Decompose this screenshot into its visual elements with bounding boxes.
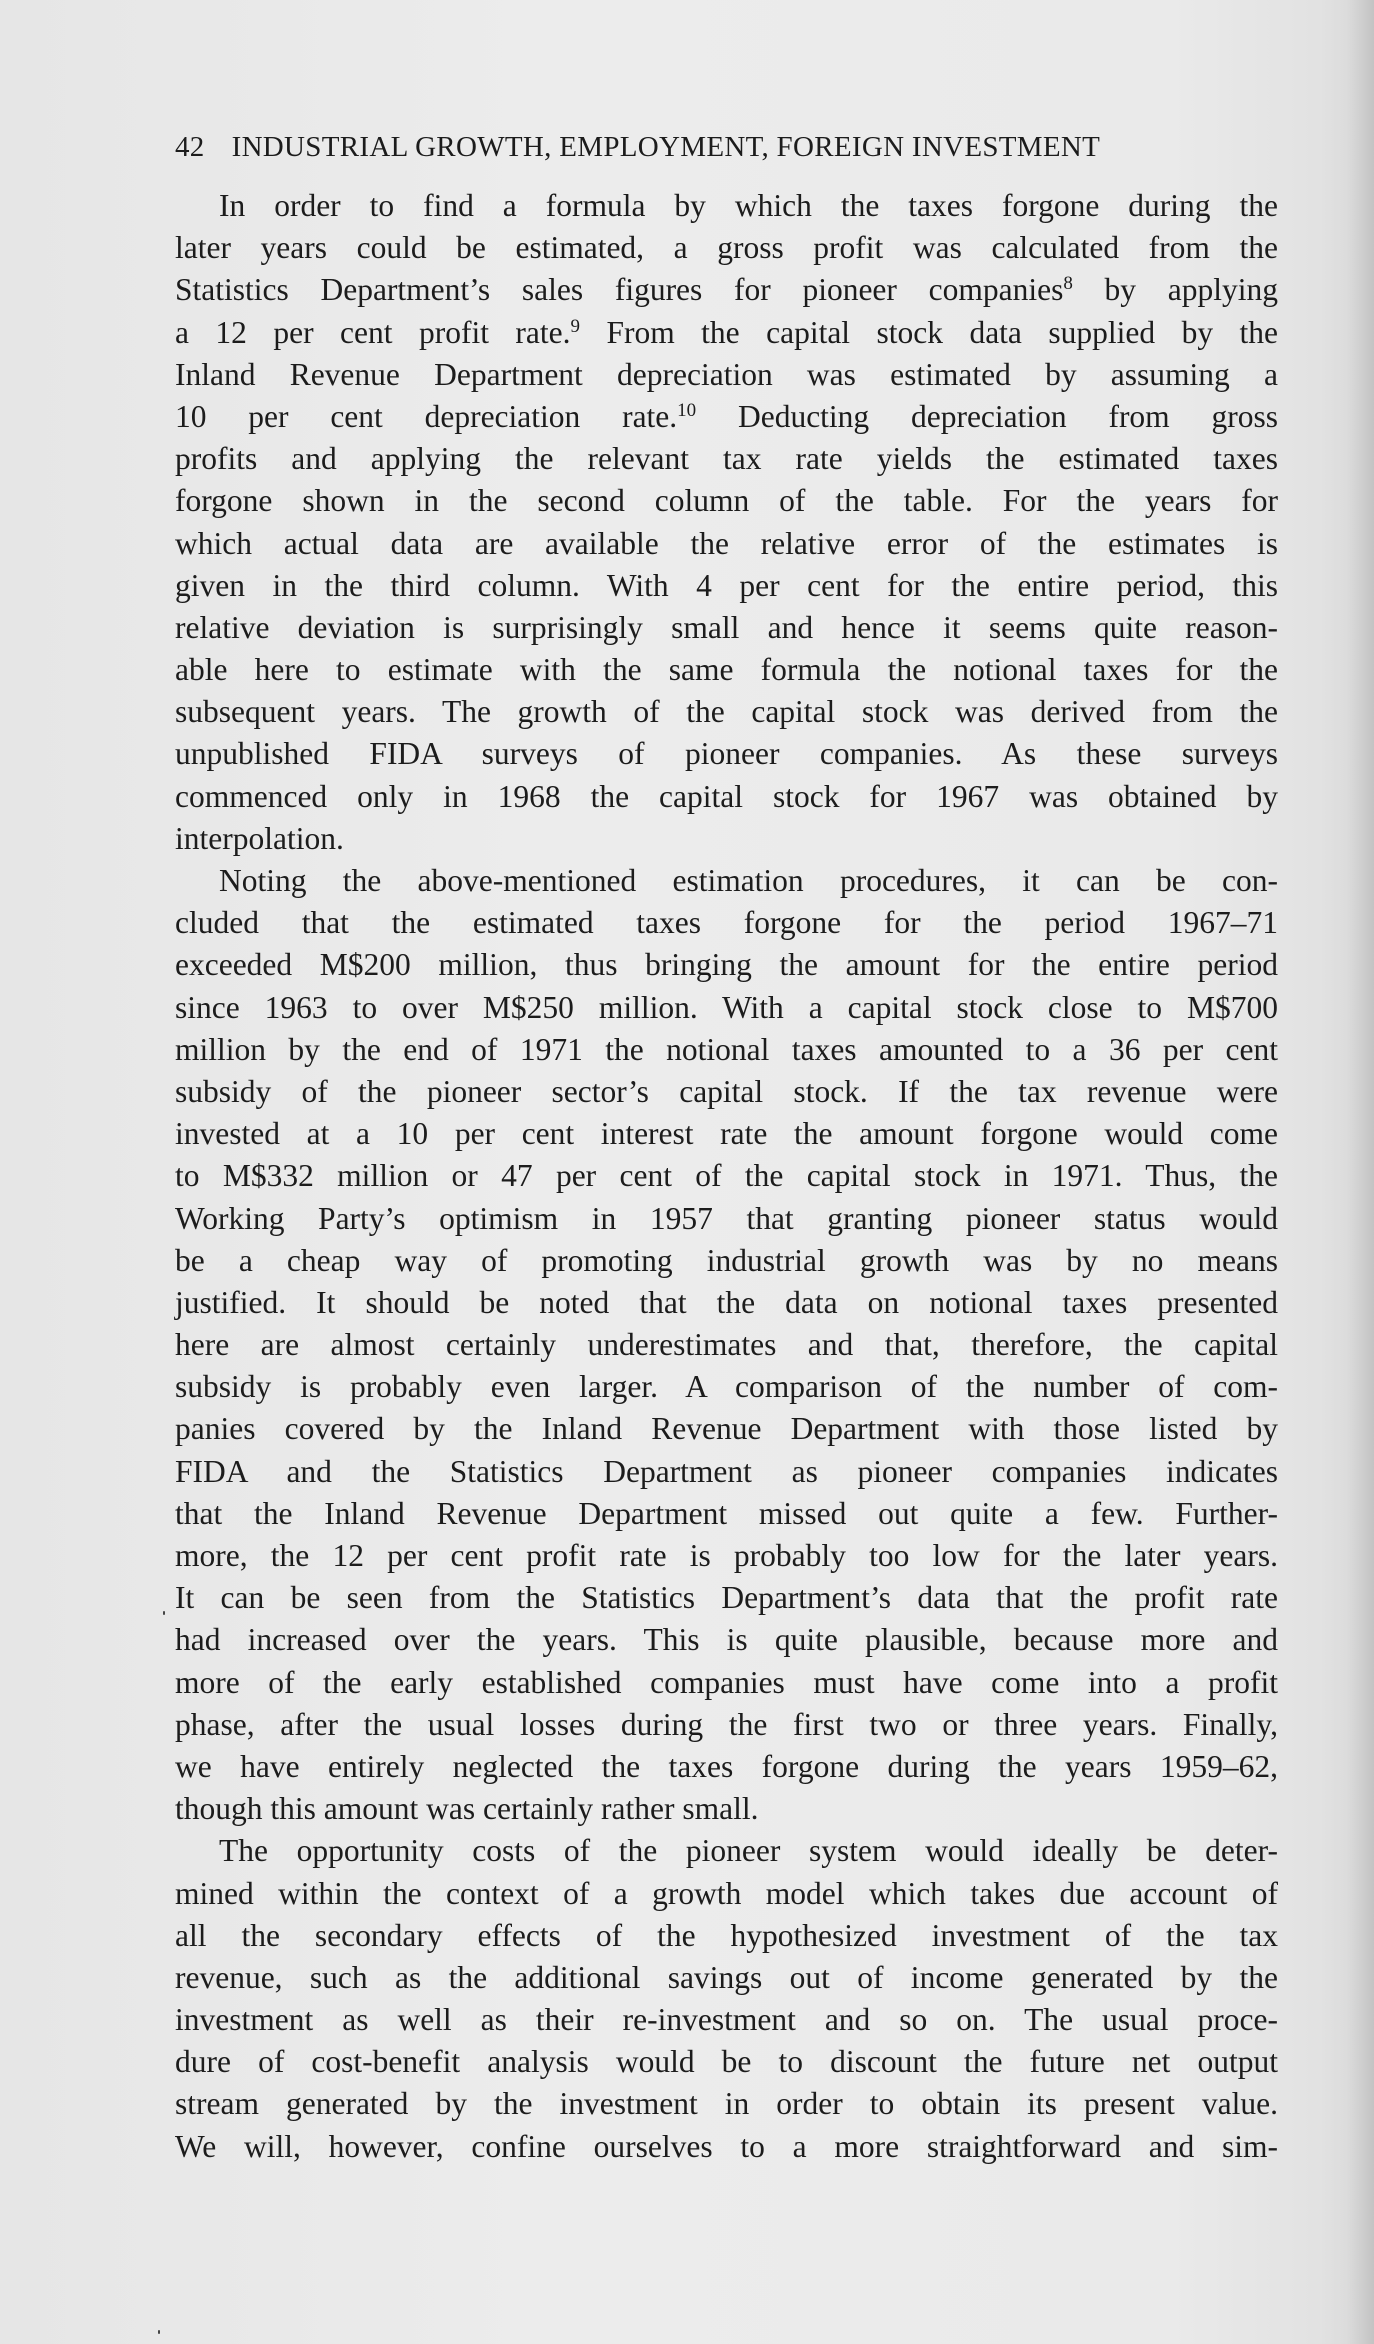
text-line: revenue, such as the additional savings … bbox=[175, 1957, 1278, 1999]
page-number: 42 bbox=[175, 131, 205, 164]
text-line: panies covered by the Inland Revenue Dep… bbox=[175, 1408, 1278, 1450]
text-line: we have entirely neglected the taxes for… bbox=[175, 1746, 1278, 1788]
text-line: In order to find a formula by which the … bbox=[175, 185, 1278, 227]
text-line: mined within the context of a growth mod… bbox=[175, 1873, 1278, 1915]
text-line: stream generated by the investment in or… bbox=[175, 2083, 1278, 2125]
text-line: more, the 12 per cent profit rate is pro… bbox=[175, 1535, 1278, 1577]
text-line: though this amount was certainly rather … bbox=[175, 1788, 1278, 1830]
text-line: unpublished FIDA surveys of pioneer comp… bbox=[175, 733, 1278, 775]
footnote-marker: 8 bbox=[1063, 273, 1073, 294]
running-head-title: INDUSTRIAL GROWTH, EMPLOYMENT, FOREIGN I… bbox=[232, 131, 1101, 164]
text-line: exceeded M$200 million, thus bringing th… bbox=[175, 944, 1278, 986]
text-line: that the Inland Revenue Department misse… bbox=[175, 1493, 1278, 1535]
text-line: since 1963 to over M$250 million. With a… bbox=[175, 987, 1278, 1029]
text-line: here are almost certainly underestimates… bbox=[175, 1324, 1278, 1366]
text-line: It can be seen from the Statistics Depar… bbox=[175, 1577, 1278, 1619]
text-line: Working Party’s optimism in 1957 that gr… bbox=[175, 1198, 1278, 1240]
text-line: Noting the above-mentioned estimation pr… bbox=[175, 860, 1278, 902]
text-line: justified. It should be noted that the d… bbox=[175, 1282, 1278, 1324]
text-line: subsidy is probably even larger. A compa… bbox=[175, 1366, 1278, 1408]
text-line: FIDA and the Statistics Department as pi… bbox=[175, 1451, 1278, 1493]
text-line: had increased over the years. This is qu… bbox=[175, 1619, 1278, 1661]
text-line: investment as well as their re-investmen… bbox=[175, 1999, 1278, 2041]
running-head: 42 INDUSTRIAL GROWTH, EMPLOYMENT, FOREIG… bbox=[175, 131, 1278, 173]
text-line: later years could be estimated, a gross … bbox=[175, 227, 1278, 269]
text-line: be a cheap way of promoting industrial g… bbox=[175, 1240, 1278, 1282]
body-text: In order to find a formula by which the … bbox=[175, 185, 1278, 2168]
paragraph: In order to find a formula by which the … bbox=[175, 185, 1278, 860]
text-line: a 12 per cent profit rate.9 From the cap… bbox=[175, 312, 1278, 354]
text-line: cluded that the estimated taxes forgone … bbox=[175, 902, 1278, 944]
text-line: The opportunity costs of the pioneer sys… bbox=[175, 1830, 1278, 1872]
footnote-marker: 9 bbox=[571, 316, 581, 337]
page-edge-shadow bbox=[1346, 0, 1374, 2344]
text-line: interpolation. bbox=[175, 818, 1278, 860]
text-line: Statistics Department’s sales figures fo… bbox=[175, 269, 1278, 311]
text-line: able here to estimate with the same form… bbox=[175, 649, 1278, 691]
text-line: forgone shown in the second column of th… bbox=[175, 480, 1278, 522]
text-line: dure of cost-benefit analysis would be t… bbox=[175, 2041, 1278, 2083]
scan-speck bbox=[163, 1611, 165, 1615]
text-line: given in the third column. With 4 per ce… bbox=[175, 565, 1278, 607]
text-line: million by the end of 1971 the notional … bbox=[175, 1029, 1278, 1071]
text-line: commenced only in 1968 the capital stock… bbox=[175, 776, 1278, 818]
text-line: relative deviation is surprisingly small… bbox=[175, 607, 1278, 649]
paragraph: The opportunity costs of the pioneer sys… bbox=[175, 1830, 1278, 2168]
text-line: subsidy of the pioneer sector’s capital … bbox=[175, 1071, 1278, 1113]
paragraph: Noting the above-mentioned estimation pr… bbox=[175, 860, 1278, 1830]
text-line: all the secondary effects of the hypothe… bbox=[175, 1915, 1278, 1957]
text-line: Inland Revenue Department depreciation w… bbox=[175, 354, 1278, 396]
text-line: invested at a 10 per cent interest rate … bbox=[175, 1113, 1278, 1155]
book-page: 42 INDUSTRIAL GROWTH, EMPLOYMENT, FOREIG… bbox=[0, 0, 1374, 2344]
text-line: We will, however, confine ourselves to a… bbox=[175, 2126, 1278, 2168]
text-line: more of the early established companies … bbox=[175, 1662, 1278, 1704]
text-line: which actual data are available the rela… bbox=[175, 523, 1278, 565]
text-line: to M$332 million or 47 per cent of the c… bbox=[175, 1155, 1278, 1197]
text-line: 10 per cent depreciation rate.10 Deducti… bbox=[175, 396, 1278, 438]
text-line: subsequent years. The growth of the capi… bbox=[175, 691, 1278, 733]
text-line: phase, after the usual losses during the… bbox=[175, 1704, 1278, 1746]
page-text-block: 42 INDUSTRIAL GROWTH, EMPLOYMENT, FOREIG… bbox=[175, 131, 1278, 2168]
scan-speck bbox=[158, 2330, 160, 2334]
text-line: profits and applying the relevant tax ra… bbox=[175, 438, 1278, 480]
footnote-marker: 10 bbox=[677, 400, 696, 421]
